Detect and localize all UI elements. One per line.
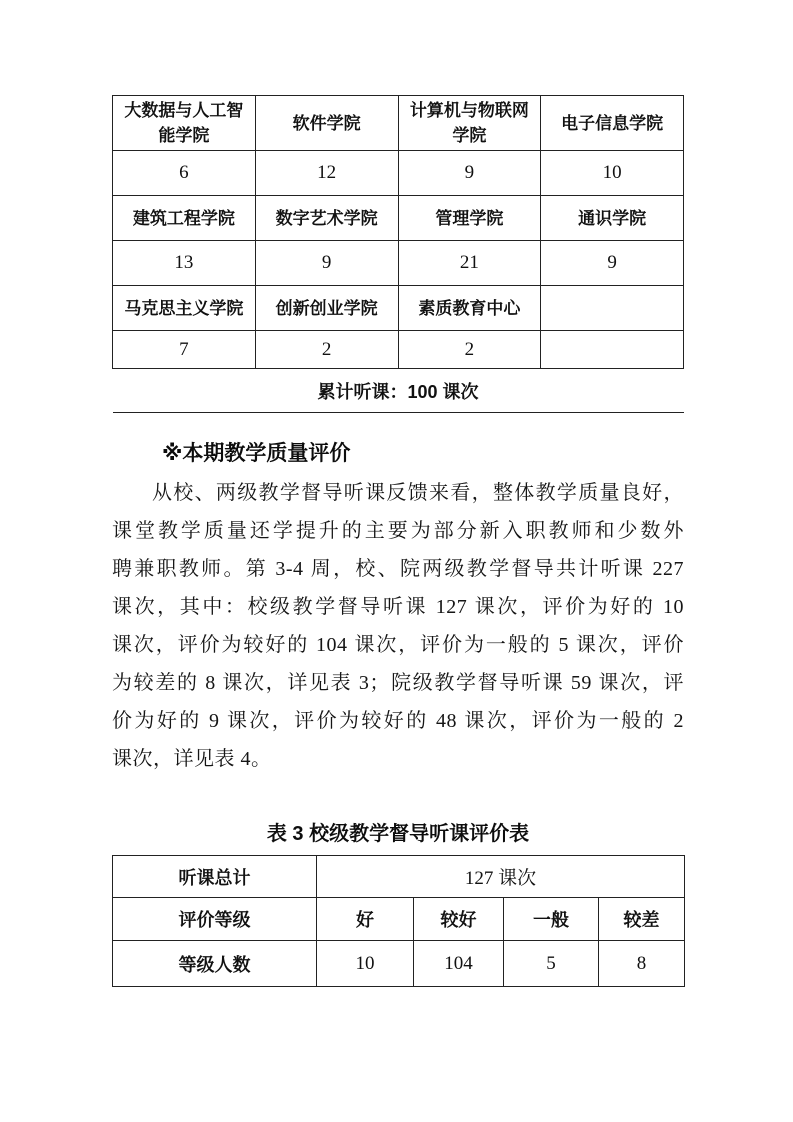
college-name-cell: 计算机与物联网学院 — [398, 96, 541, 151]
table-row: 大数据与人工智能学院 软件学院 计算机与物联网学院 电子信息学院 — [113, 96, 684, 151]
college-count-cell — [541, 331, 684, 369]
grade-label-cell: 评价等级 — [113, 898, 317, 941]
paragraph-line: 课堂教学质量还学提升的主要为部分新入职教师和少数外 — [112, 512, 684, 550]
count-cell: 5 — [504, 941, 599, 987]
college-count-cell: 2 — [398, 331, 541, 369]
count-cell: 104 — [414, 941, 504, 987]
grade-cell: 较好 — [414, 898, 504, 941]
section-heading: ※本期教学质量评价 — [112, 440, 684, 468]
grade-cell: 一般 — [504, 898, 599, 941]
college-count-cell: 9 — [398, 151, 541, 196]
paragraph-line: 课次，详见表 4。 — [112, 740, 684, 778]
college-name-cell: 素质教育中心 — [398, 286, 541, 331]
table3-caption: 表 3 校级教学督导听课评价表 — [112, 817, 684, 846]
college-name-cell: 管理学院 — [398, 196, 541, 241]
table-row: 6 12 9 10 — [113, 151, 684, 196]
body-paragraph: 从校、两级教学督导听课反馈来看，整体教学质量良好， 课堂教学质量还学提升的主要为… — [112, 474, 684, 778]
count-cell: 10 — [317, 941, 414, 987]
college-count-cell: 13 — [113, 241, 256, 286]
college-name-cell: 数字艺术学院 — [255, 196, 398, 241]
college-name-cell: 创新创业学院 — [255, 286, 398, 331]
table-row: 马克思主义学院 创新创业学院 素质教育中心 — [113, 286, 684, 331]
college-count-cell: 7 — [113, 331, 256, 369]
college-count-cell: 12 — [255, 151, 398, 196]
college-count-cell: 9 — [541, 241, 684, 286]
college-name-cell: 电子信息学院 — [541, 96, 684, 151]
paragraph-line: 聘兼职教师。第 3-4 周，校、院两级教学督导共计听课 227 — [112, 550, 684, 588]
count-cell: 8 — [599, 941, 685, 987]
table-row: 听课总计 127 课次 — [113, 856, 685, 898]
cumulative-total-row: 累计听课：100 课次 — [113, 369, 684, 413]
paragraph-line: 从校、两级教学督导听课反馈来看，整体教学质量良好， — [112, 474, 684, 512]
college-count-cell: 2 — [255, 331, 398, 369]
college-count-cell: 9 — [255, 241, 398, 286]
table-row: 建筑工程学院 数字艺术学院 管理学院 通识学院 — [113, 196, 684, 241]
college-count-cell: 21 — [398, 241, 541, 286]
college-name-cell: 建筑工程学院 — [113, 196, 256, 241]
paragraph-line: 课次，评价为较好的 104 课次，评价为一般的 5 课次，评价 — [112, 626, 684, 664]
paragraph-line: 为较差的 8 课次，详见表 3；院级教学督导听课 59 课次，评 — [112, 664, 684, 702]
table-row: 13 9 21 9 — [113, 241, 684, 286]
total-value-cell: 127 课次 — [317, 856, 685, 898]
table-row: 评价等级 好 较好 一般 较差 — [113, 898, 685, 941]
table-row: 等级人数 10 104 5 8 — [113, 941, 685, 987]
evaluation-table: 听课总计 127 课次 评价等级 好 较好 一般 较差 等级人数 10 104 … — [112, 855, 685, 987]
total-label-cell: 听课总计 — [113, 856, 317, 898]
college-name-cell — [541, 286, 684, 331]
college-count-cell: 10 — [541, 151, 684, 196]
college-listening-table: 大数据与人工智能学院 软件学院 计算机与物联网学院 电子信息学院 6 12 9 … — [112, 95, 684, 413]
count-label-cell: 等级人数 — [113, 941, 317, 987]
table-row: 7 2 2 — [113, 331, 684, 369]
college-name-cell: 通识学院 — [541, 196, 684, 241]
paragraph-line: 价为好的 9 课次，评价为较好的 48 课次，评价为一般的 2 — [112, 702, 684, 740]
grade-cell: 好 — [317, 898, 414, 941]
grade-cell: 较差 — [599, 898, 685, 941]
college-name-cell: 软件学院 — [255, 96, 398, 151]
document-page: 大数据与人工智能学院 软件学院 计算机与物联网学院 电子信息学院 6 12 9 … — [0, 0, 793, 1122]
paragraph-line: 课次，其中：校级教学督导听课 127 课次，评价为好的 10 — [112, 588, 684, 626]
college-name-cell: 马克思主义学院 — [113, 286, 256, 331]
cumulative-total-cell: 累计听课：100 课次 — [113, 369, 684, 413]
college-count-cell: 6 — [113, 151, 256, 196]
college-name-cell: 大数据与人工智能学院 — [113, 96, 256, 151]
